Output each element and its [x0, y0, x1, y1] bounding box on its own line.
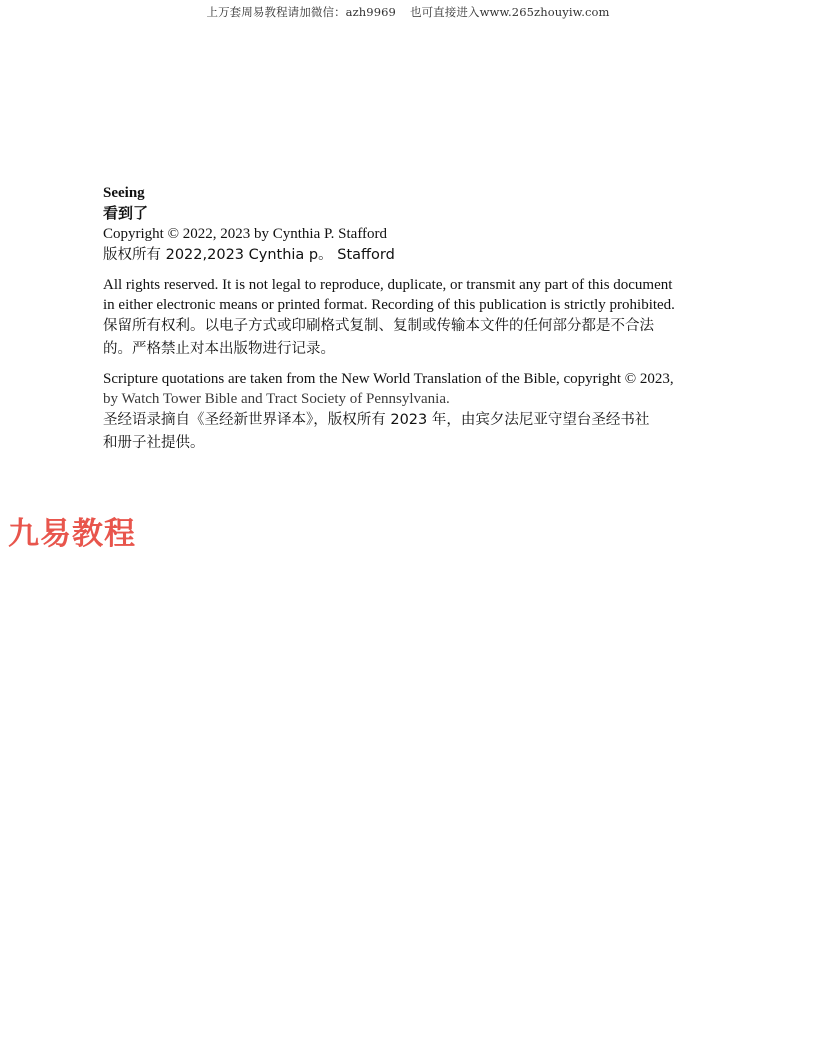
scripture-line-zh-1: 圣经语录摘自《圣经新世界译本》，版权所有 2023 年，由宾夕法尼亚守望台圣经书…	[103, 409, 693, 432]
promo-banner-wechat-text: 上万套周易教程请加微信：azh9969	[206, 5, 396, 19]
scripture-line-en-1: Scripture quotations are taken from the …	[103, 369, 693, 389]
promo-banner: 上万套周易教程请加微信：azh9969也可直接进入www.265zhouyiw.…	[0, 4, 816, 20]
copyright-page: Seeing 看到了 Copyright © 2022, 2023 by Cyn…	[103, 183, 693, 455]
rights-line-zh-2: 的。严格禁止对本出版物进行记录。	[103, 338, 693, 361]
scripture-credit-block: Scripture quotations are taken from the …	[103, 369, 693, 455]
scripture-line-zh-2: 和册子社提供。	[103, 432, 693, 455]
promo-banner-website-text: 也可直接进入www.265zhouyiw.com	[410, 5, 610, 19]
copyright-line-en: Copyright © 2022, 2023 by Cynthia P. Sta…	[103, 224, 693, 244]
book-title-en: Seeing	[103, 183, 693, 203]
rights-line-en-2: in either electronic means or printed fo…	[103, 295, 693, 315]
rights-line-zh-1: 保留所有权利。以电子方式或印刷格式复制、复制或传输本文件的任何部分都是不合法	[103, 315, 693, 338]
copyright-line-zh: 版权所有 2022,2023 Cynthia p。 Stafford	[103, 244, 693, 267]
rights-line-en-1: All rights reserved. It is not legal to …	[103, 275, 693, 295]
book-title-zh: 看到了	[103, 203, 693, 224]
scripture-line-en-2: by Watch Tower Bible and Tract Society o…	[103, 389, 693, 409]
rights-reserved-block: All rights reserved. It is not legal to …	[103, 275, 693, 361]
watermark-logo: 九易教程	[8, 508, 136, 553]
